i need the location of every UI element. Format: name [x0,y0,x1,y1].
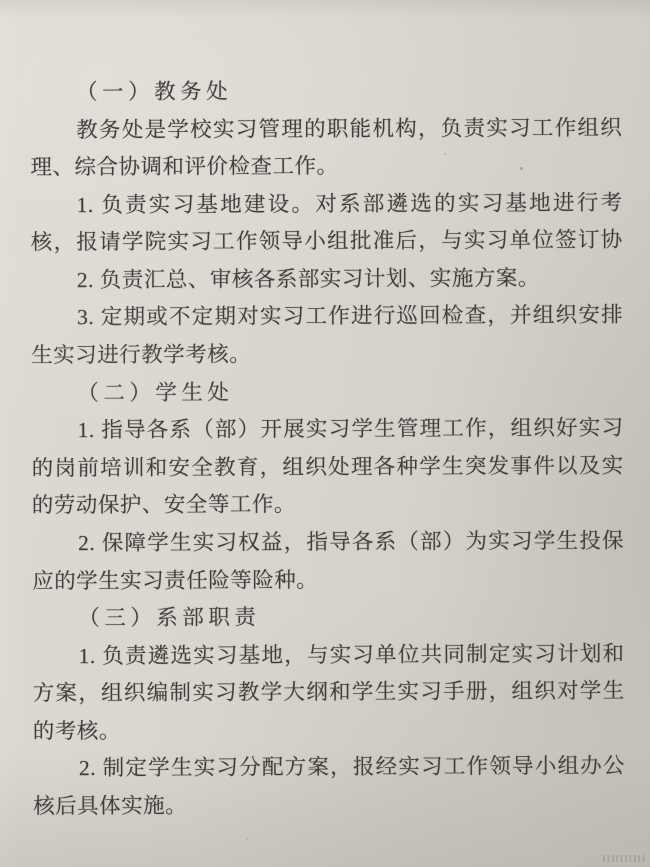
paragraph: 教务处是学校实习管理的职能机构，负责实习工作组织管 理、综合协调和评价检查工作。 [30,109,622,187]
paragraph: 3. 定期或不定期对实习工作进行巡回检查，并组织安排对学 生实习进行教学考核。 [31,297,623,375]
text-line: 的岗前培训和安全教育，组织处理各种学生突发事件以及实习中 [32,447,624,487]
text-line: 2. 制定学生实习分配方案，报经实习工作领导小组办公室审 [33,748,625,788]
paragraph: （三）系部职责 [32,598,624,638]
text-line: 理、综合协调和评价检查工作。 [30,147,622,187]
page-text: （一）教务处 教务处是学校实习管理的职能机构，负责实习工作组织管 理、综合协调和… [30,72,625,826]
paragraph: 2. 负责汇总、审核各系部实习计划、实施方案。 [31,260,623,300]
text-line: 的劳动保护、安全等工作。 [32,485,624,525]
text-line: 2. 负责汇总、审核各系部实习计划、实施方案。 [31,260,623,300]
text-line: 1. 指导各系（部）开展实习学生管理工作，组织好实习学生 [31,410,623,450]
paragraph: 1. 负责遴选实习基地，与实习单位共同制定实习计划和实施 方案，组织编制实习教学… [32,635,624,750]
text-line: 的考核。 [33,711,625,751]
section-heading: （二）学生处 [31,372,623,412]
paragraph: 2. 制定学生实习分配方案，报经实习工作领导小组办公室审 核后具体实施。 [33,748,625,826]
text-line: 1. 负责实习基地建设。对系部遴选的实习基地进行考察、审 [30,184,622,224]
watermark [603,855,647,862]
text-line: 应的学生实习责任险等险种。 [32,560,624,600]
text-line: 1. 负责遴选实习基地，与实习单位共同制定实习计划和实施 [32,635,624,675]
text-line: 3. 定期或不定期对实习工作进行巡回检查，并组织安排对学 [31,297,623,337]
paragraph: （二）学生处 [31,372,623,412]
text-line: 2. 保障学生实习权益，指导各系（部）为实习学生投保相对 [32,523,624,563]
text-line: 核，报请学院实习工作领导小组批准后，与实习单位签订协议。 [31,222,623,262]
text-line: 生实习进行教学考核。 [31,335,623,375]
text-line: 教务处是学校实习管理的职能机构，负责实习工作组织管 [30,109,622,149]
text-line: 核后具体实施。 [33,786,625,826]
scanned-page: （一）教务处 教务处是学校实习管理的职能机构，负责实习工作组织管 理、综合协调和… [0,0,650,867]
paragraph: 1. 指导各系（部）开展实习学生管理工作，组织好实习学生 的岗前培训和安全教育，… [31,410,623,525]
paragraph: 2. 保障学生实习权益，指导各系（部）为实习学生投保相对 应的学生实习责任险等险… [32,523,624,601]
paragraph: 1. 负责实习基地建设。对系部遴选的实习基地进行考察、审 核，报请学院实习工作领… [30,184,622,262]
paper-speck [246,838,248,840]
section-heading: （三）系部职责 [32,598,624,638]
paragraph: （一）教务处 [30,72,622,112]
section-heading: （一）教务处 [30,72,622,112]
text-line: 方案，组织编制实习教学大纲和学生实习手册，组织对学生实习 [33,673,625,713]
